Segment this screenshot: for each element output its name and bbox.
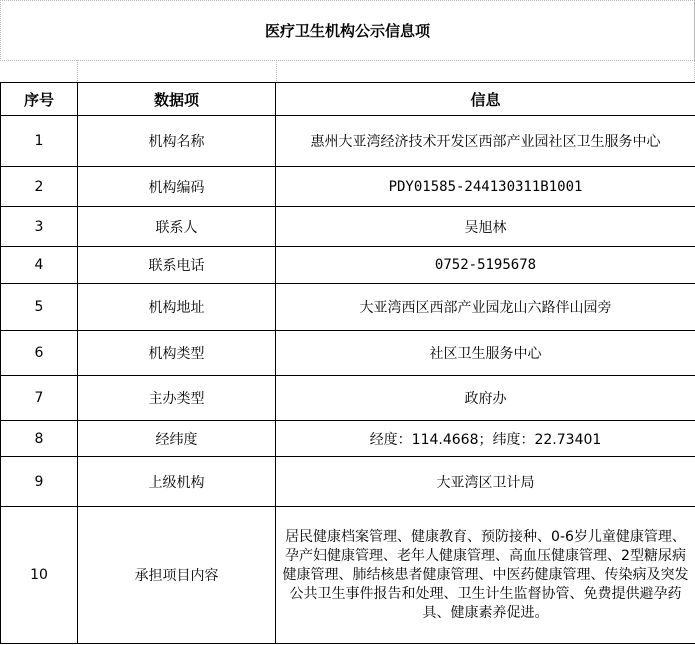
header-info: 信息 xyxy=(276,83,695,116)
row-item: 机构名称 xyxy=(78,116,276,167)
table-row: 5 机构地址 大亚湾西区西部产业园龙山六路伴山园旁 xyxy=(1,284,695,331)
empty-row xyxy=(0,60,695,82)
row-index: 4 xyxy=(1,247,78,284)
header-item: 数据项 xyxy=(78,83,276,116)
row-item: 上级机构 xyxy=(78,457,276,507)
spreadsheet: 医疗卫生机构公示信息项 序号 数据项 信息 1 机构名称 惠州大亚湾经济技术开发… xyxy=(0,0,695,645)
row-item: 联系人 xyxy=(78,207,276,247)
table-row: 10 承担项目内容 居民健康档案管理、健康教育、预防接种、0-6岁儿童健康管理、… xyxy=(1,507,695,644)
row-index: 1 xyxy=(1,116,78,167)
table-row: 8 经纬度 经度：114.4668；纬度：22.73401 xyxy=(1,421,695,457)
empty-cell xyxy=(78,60,277,81)
table-row: 2 机构编码 PDY01585-244130311B1001 xyxy=(1,167,695,207)
row-item: 机构编码 xyxy=(78,167,276,207)
info-table: 序号 数据项 信息 1 机构名称 惠州大亚湾经济技术开发区西部产业园社区卫生服务… xyxy=(0,82,695,644)
row-index: 9 xyxy=(1,457,78,507)
row-index: 2 xyxy=(1,167,78,207)
row-index: 3 xyxy=(1,207,78,247)
row-index: 10 xyxy=(1,507,78,644)
row-info: 经度：114.4668；纬度：22.73401 xyxy=(276,421,695,457)
table-row: 1 机构名称 惠州大亚湾经济技术开发区西部产业园社区卫生服务中心 xyxy=(1,116,695,167)
sheet-title: 医疗卫生机构公示信息项 xyxy=(0,0,695,61)
table-header-row: 序号 数据项 信息 xyxy=(1,83,695,116)
row-item: 主办类型 xyxy=(78,376,276,421)
row-item: 机构类型 xyxy=(78,331,276,376)
row-index: 8 xyxy=(1,421,78,457)
row-info: 居民健康档案管理、健康教育、预防接种、0-6岁儿童健康管理、孕产妇健康管理、老年… xyxy=(276,507,695,644)
row-info: 大亚湾西区西部产业园龙山六路伴山园旁 xyxy=(276,284,695,331)
row-item: 承担项目内容 xyxy=(78,507,276,644)
table-row: 4 联系电话 0752-5195678 xyxy=(1,247,695,284)
row-index: 5 xyxy=(1,284,78,331)
row-info: 政府办 xyxy=(276,376,695,421)
row-index: 7 xyxy=(1,376,78,421)
table-row: 3 联系人 吴旭林 xyxy=(1,207,695,247)
header-index: 序号 xyxy=(1,83,78,116)
row-index: 6 xyxy=(1,331,78,376)
row-info: 吴旭林 xyxy=(276,207,695,247)
row-info: 大亚湾区卫计局 xyxy=(276,457,695,507)
row-info: 0752-5195678 xyxy=(276,247,695,284)
row-info: 社区卫生服务中心 xyxy=(276,331,695,376)
row-item: 机构地址 xyxy=(78,284,276,331)
empty-cell xyxy=(0,60,78,81)
table-row: 6 机构类型 社区卫生服务中心 xyxy=(1,331,695,376)
row-item: 经纬度 xyxy=(78,421,276,457)
table-row: 7 主办类型 政府办 xyxy=(1,376,695,421)
row-info: PDY01585-244130311B1001 xyxy=(276,167,695,207)
table-row: 9 上级机构 大亚湾区卫计局 xyxy=(1,457,695,507)
row-item: 联系电话 xyxy=(78,247,276,284)
row-info: 惠州大亚湾经济技术开发区西部产业园社区卫生服务中心 xyxy=(276,116,695,167)
